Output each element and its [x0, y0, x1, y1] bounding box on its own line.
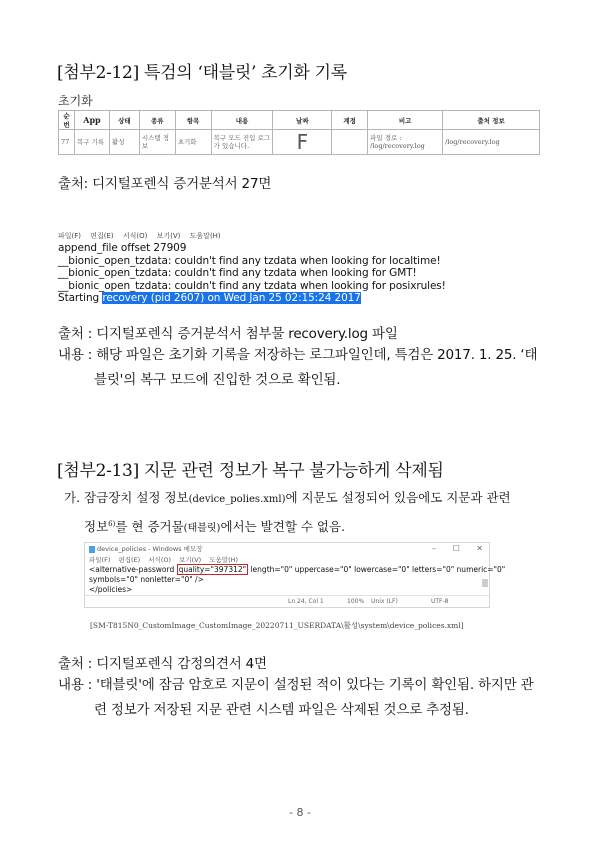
item-text: (태블릿) — [184, 523, 221, 534]
log-line-starting: Starting recovery (pid 2607) on Wed Jan … — [58, 292, 408, 305]
col-header: 종류 — [139, 111, 175, 130]
item-text: 를 현 증거물 — [115, 519, 183, 534]
cell-item: 초기화 — [175, 130, 211, 155]
menu-view: 보기(V) — [179, 556, 201, 564]
menu-format: 서식(O) — [148, 556, 171, 564]
section-title-2-12: [첨부2-12] 특검의 ‘태블릿’ 초기화 기록 — [57, 58, 347, 83]
status-position: Ln 24, Col 1 — [288, 596, 324, 607]
cell-note: 파일 경로 : /log/recovery.log — [368, 130, 443, 155]
table-row: 77 복구 기록 활성 시스템 정보 초기화 복구 모드 진입 로그가 있습니다… — [59, 130, 540, 155]
cell-content: 복구 모드 진입 로그가 있습니다. — [211, 130, 273, 155]
table-header-row: 순번 App 상태 종류 항목 내용 날짜 계정 비고 출처 정보 — [59, 111, 540, 130]
menu-edit: 편집(E) — [90, 232, 113, 240]
menu-help: 도움말(H) — [190, 232, 221, 240]
source-note-2: 출처 : 디지털포렌식 증거분석서 첨부물 recovery.log 파일 — [58, 322, 398, 342]
xml-line: </policies> — [85, 585, 489, 595]
highlighted-quality-attr: quality="397312" — [177, 564, 248, 575]
log-line: __bionic_open_tzdata: couldn't find any … — [58, 255, 408, 268]
content-text: '태블릿'에 잠금 암호로 지문이 설정된 적이 있다는 기록이 확인됨. 하지… — [96, 677, 533, 693]
item-text: 정보 — [84, 519, 108, 534]
file-path-caption: [SM-T815N0_CustomImage_CustomImage_20220… — [90, 620, 464, 631]
section-title-2-13: [첨부2-13] 지문 관련 정보가 복구 불가능하게 삭제됨 — [57, 456, 444, 481]
content-paragraph-1: 내용 : 해당 파일은 초기화 기록을 저장하는 로그파일인데, 특검은 201… — [58, 343, 548, 393]
scrollbar-thumb — [482, 579, 488, 587]
menu-format: 서식(O) — [123, 232, 148, 240]
cell-app: 복구 기록 — [74, 130, 109, 155]
xml-line: symbols="0" nonletter="0" /> — [85, 575, 489, 585]
close-icon: ✕ — [476, 544, 483, 553]
xml-text: <alternative-password — [89, 565, 177, 574]
notepad-icon — [89, 546, 95, 553]
notepad-menu-bar: 파일(F) 편집(E) 서식(O) 보기(V) 도움말(H) — [58, 230, 408, 242]
item-text: 에서는 발견할 수 없음. — [220, 519, 345, 534]
log-line: __bionic_open_tzdata: couldn't find any … — [58, 280, 408, 293]
cell-date-watermark: F — [273, 130, 332, 155]
maximize-icon: ☐ — [453, 544, 460, 553]
log-prefix: Starting — [58, 292, 102, 304]
menu-file: 파일(F) — [58, 232, 81, 240]
xml-line: <alternative-password quality="397312" l… — [85, 565, 489, 575]
window-controls: – ☐ ✕ — [418, 543, 483, 555]
status-encoding: UTF-8 — [431, 596, 449, 607]
reset-record-table: 순번 App 상태 종류 항목 내용 날짜 계정 비고 출처 정보 77 복구 … — [58, 110, 540, 155]
status-line-ending: Unix (LF) — [371, 596, 398, 607]
col-header: 출처 정보 — [443, 111, 540, 130]
content-text-cont: 블릿'의 복구 모드에 진입한 것으로 확인됨. — [58, 368, 548, 393]
item-marker: 가. — [64, 490, 80, 505]
device-policies-screenshot: device_policies - Windows 메모장 – ☐ ✕ 파일(F… — [84, 542, 490, 608]
xml-text: length="0" uppercase="0" lowercase="0" l… — [248, 565, 505, 574]
col-header: 날짜 — [273, 111, 332, 130]
table-caption: 초기화 — [58, 92, 540, 109]
log-line: __bionic_open_tzdata: couldn't find any … — [58, 267, 408, 280]
col-header: 항목 — [175, 111, 211, 130]
notepad-menu-bar: 파일(F) 편집(E) 서식(O) 보기(V) 도움말(H) — [85, 555, 489, 565]
notepad-title-bar: device_policies - Windows 메모장 – ☐ ✕ — [85, 543, 489, 555]
reset-record-table-screenshot: 초기화 순번 App 상태 종류 항목 내용 날짜 계정 비고 출처 정보 77 — [58, 92, 540, 155]
content-text: 해당 파일은 초기화 기록을 저장하는 로그파일인데, 특검은 2017. 1.… — [96, 347, 537, 363]
sub-item-ga: 가. 잠금장치 설정 정보(device_polies.xml)에 지문도 설정… — [64, 486, 511, 541]
cell-account — [332, 130, 368, 155]
col-header: 계정 — [332, 111, 368, 130]
col-header: 상태 — [109, 111, 139, 130]
minimize-icon: – — [432, 544, 436, 553]
page-number: - 8 - — [0, 806, 600, 819]
col-header: 비고 — [368, 111, 443, 130]
col-header: 내용 — [211, 111, 273, 130]
content-text-cont: 련 정보가 저장된 지문 관련 시스템 파일은 삭제된 것으로 추정됨. — [58, 698, 548, 723]
item-text: 에 지문도 설정되어 있음에도 지문과 관련 — [285, 490, 510, 505]
menu-view: 보기(V) — [157, 232, 181, 240]
source-note-1: 출처: 디지털포렌식 증거분석서 27면 — [58, 172, 271, 192]
cell-status: 활성 — [109, 130, 139, 155]
col-header: 순번 — [59, 111, 75, 130]
window-title: device_policies - Windows 메모장 — [97, 545, 202, 553]
item-filename: (device_polies.xml) — [189, 494, 286, 505]
cell-type: 시스템 정보 — [139, 130, 175, 155]
menu-file: 파일(F) — [89, 556, 110, 564]
content-label: 내용 : — [58, 677, 92, 693]
menu-edit: 편집(E) — [118, 556, 140, 564]
cell-source: /log/recovery.log — [443, 130, 540, 155]
item-text: 잠금장치 설정 정보 — [84, 490, 189, 505]
col-header: App — [74, 111, 109, 130]
highlighted-recovery-entry: recovery (pid 2607) on Wed Jan 25 02:15:… — [102, 292, 361, 304]
recovery-log-screenshot: 파일(F) 편집(E) 서식(O) 보기(V) 도움말(H) append_fi… — [58, 230, 408, 305]
source-note-3: 출처 : 디지털포렌식 감정의견서 4면 — [58, 652, 267, 672]
content-paragraph-2: 내용 : '태블릿'에 잠금 암호로 지문이 설정된 적이 있다는 기록이 확인… — [58, 673, 548, 723]
notepad-status-bar: Ln 24, Col 1 100% Unix (LF) UTF-8 — [85, 595, 489, 607]
status-zoom: 100% — [347, 596, 364, 607]
log-line: append_file offset 27909 — [58, 242, 408, 255]
content-label: 내용 : — [58, 347, 92, 363]
cell-index: 77 — [59, 130, 75, 155]
menu-help: 도움말(H) — [209, 556, 238, 564]
